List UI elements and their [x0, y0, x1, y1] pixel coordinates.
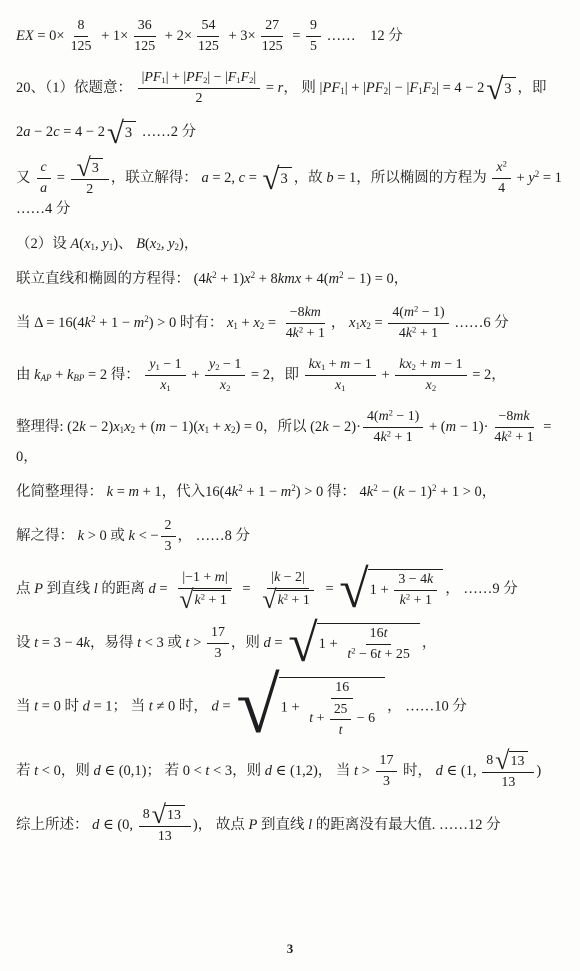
- fraction: √32: [71, 158, 109, 199]
- variable: F: [409, 80, 418, 96]
- subscript: 2: [260, 320, 265, 330]
- numerator: 2: [161, 517, 176, 537]
- denominator: k2 + 1: [396, 591, 436, 610]
- variable: m: [404, 305, 414, 320]
- subscript: 2: [226, 383, 230, 393]
- radicand: 3: [278, 167, 291, 191]
- numerator: −8km: [286, 304, 325, 324]
- scanned-answer-page: EX = 0×8125 + 1×36125 + 2×54125 + 3×2712…: [0, 0, 580, 971]
- radicand: 3: [90, 158, 103, 178]
- variable: k: [322, 419, 328, 435]
- superscript: 2: [412, 324, 416, 334]
- denominator: 3: [161, 537, 176, 556]
- denominator: x2: [216, 376, 235, 395]
- variable: PF: [366, 80, 384, 96]
- radicand: k2 + 1: [193, 590, 231, 610]
- variable: t: [137, 635, 141, 651]
- variable: t: [377, 647, 381, 662]
- variable: c: [41, 160, 47, 175]
- variable: t: [34, 699, 38, 715]
- variable: A: [70, 236, 79, 252]
- fraction: 25t: [330, 700, 351, 738]
- variable: b: [326, 170, 333, 186]
- radical-sign-icon: √: [288, 623, 317, 664]
- variable: kx: [309, 357, 321, 372]
- fraction: |−1 + m|√k2 + 1: [173, 569, 237, 610]
- superscript: 2: [284, 591, 288, 601]
- subscript: 2: [203, 75, 207, 85]
- superscript: 2: [414, 303, 418, 313]
- radical-sign-icon: √: [486, 77, 503, 101]
- denominator: 2: [191, 89, 206, 108]
- denominator: 13: [497, 773, 519, 792]
- variable: B: [136, 236, 145, 252]
- square-root: √1 + 3 − 4kk2 + 1: [339, 569, 443, 610]
- line-expectation-ex: EX = 0×8125 + 1×36125 + 2×54125 + 3×2712…: [16, 17, 568, 56]
- line-substitute-t: 设 t = 3 − 4k，易得 t < 3 或 t > 173，则 d = √1…: [16, 623, 568, 664]
- subscript: 2: [249, 75, 253, 85]
- subscript: 2: [131, 425, 136, 435]
- subscript: 2: [366, 320, 371, 330]
- variable: t: [309, 711, 313, 726]
- square-root: √3: [486, 77, 515, 101]
- numerator: 8: [74, 17, 89, 37]
- superscript: 2: [91, 314, 96, 324]
- variable: m: [446, 419, 456, 435]
- denominator: 4k2 + 1: [490, 428, 537, 447]
- square-root: √3: [107, 121, 136, 145]
- radicand: 1 + 16tt2 − 6t + 25: [317, 623, 420, 664]
- line-case-t: 当 t = 0 时 d = 1； 当 t ≠ 0 时， d = √1 + 16t…: [16, 677, 568, 738]
- superscript: 2: [238, 483, 243, 493]
- subscript: 2: [175, 242, 180, 252]
- variable: d: [264, 635, 271, 651]
- subscript: 1: [321, 362, 325, 372]
- subscript: 1: [109, 242, 114, 252]
- fraction: 4(m2 − 1)4k2 + 1: [363, 408, 423, 447]
- numerator: 9: [306, 17, 321, 37]
- variable: a: [201, 170, 208, 186]
- variable: PF: [144, 70, 161, 85]
- denominator: x2: [422, 376, 441, 395]
- square-root: √1 + 16t + 25t − 6: [236, 677, 385, 738]
- variable: k: [274, 570, 280, 585]
- fraction: |k − 2|√k2 + 1: [256, 569, 320, 610]
- variable: l: [94, 581, 98, 597]
- line-2-points-ab: （2）设 A(x1, y1)、 B(x2, y2)，: [16, 234, 568, 256]
- subscript: 2: [412, 362, 416, 372]
- line-distance-d: 点 P 到直线 l 的距离 d = |−1 + m|√k2 + 1 = |k −…: [16, 569, 568, 610]
- variable: d: [83, 699, 90, 715]
- line-delta-vieta: 当 Δ = 16(4k2 + 1 − m2) > 0 时有： x1 + x2 =…: [16, 304, 568, 343]
- denominator: a: [36, 179, 51, 198]
- variable: kmx: [278, 271, 301, 287]
- numerator: 27: [261, 17, 283, 37]
- variable: m: [379, 409, 389, 424]
- numerator: |PF1| + |PF2| − |F1F2|: [138, 69, 261, 89]
- subscript: 1: [233, 320, 238, 330]
- superscript: 2: [299, 324, 303, 334]
- numerator: −8mk: [495, 408, 534, 428]
- superscript: 2: [373, 483, 378, 493]
- denominator: t2 − 6t + 25: [343, 645, 414, 664]
- variable: km: [305, 305, 321, 320]
- page-number: 3: [0, 941, 580, 957]
- variable: l: [308, 817, 312, 833]
- line-ellipse-equation: 又 ca = √32，联立解得： a = 2, c = √3，故 b = 1，所…: [16, 158, 568, 221]
- square-root: √3: [263, 167, 292, 191]
- numerator: y1 − 1: [145, 356, 185, 376]
- radical-sign-icon: √: [152, 805, 166, 825]
- fraction: 27125: [258, 17, 287, 56]
- variable: a: [23, 125, 30, 141]
- variable: c: [53, 125, 59, 141]
- variable: AP: [41, 373, 52, 383]
- radical-sign-icon: √: [495, 751, 509, 771]
- radicand: 3: [502, 77, 515, 101]
- subscript: 1: [340, 86, 345, 96]
- fraction: 16tt2 − 6t + 25: [343, 625, 414, 664]
- radical-sign-icon: √: [236, 677, 279, 738]
- variable: m: [129, 484, 139, 500]
- fraction: 54125: [194, 17, 223, 56]
- denominator: 2: [82, 180, 97, 199]
- superscript: 2: [432, 483, 437, 493]
- fraction: kx2 + m − 1x2: [395, 356, 466, 395]
- denominator: t + 25t − 6: [305, 699, 379, 738]
- numerator: 3 − 4k: [394, 571, 437, 591]
- variable: t: [384, 626, 388, 641]
- variable: m: [431, 357, 441, 372]
- numerator: 8√13: [139, 805, 191, 827]
- denominator: 4k2 + 1: [370, 428, 417, 447]
- variable: m: [281, 484, 291, 500]
- denominator: 4: [494, 179, 509, 198]
- line-20-1-setup: 20、（1）依题意： |PF1| + |PF2| − |F1F2|2 = r， …: [16, 69, 568, 108]
- superscript: 2: [339, 270, 344, 280]
- radical-sign-icon: √: [77, 158, 91, 178]
- radical-sign-icon: √: [107, 121, 124, 145]
- variable: m: [329, 271, 339, 287]
- denominator: t: [335, 720, 347, 738]
- numerator: x2: [492, 159, 511, 179]
- variable: t: [186, 635, 190, 651]
- denominator: 4k2 + 1: [395, 324, 442, 343]
- subscript: BP: [73, 373, 84, 383]
- subscript: 1: [341, 383, 345, 393]
- fraction: 8√1313: [482, 751, 534, 792]
- line-ranges-d: 若 t < 0，则 d ∈ (0,1)； 若 0 < t < 3，则 d ∈ (…: [16, 751, 568, 792]
- radicand: 13: [509, 751, 529, 771]
- superscript: 2: [387, 428, 391, 438]
- superscript: 2: [503, 158, 507, 168]
- numerator: 54: [197, 17, 219, 37]
- line-simplified-k: 化简整理得： k = m + 1，代入16(4k2 + 1 − m2) > 0 …: [16, 482, 568, 504]
- subscript: 2: [215, 362, 219, 372]
- line-2a-2c: 2a − 2c = 4 − 2√3 ……2 分: [16, 121, 568, 145]
- variable: d: [149, 581, 156, 597]
- variable: F: [241, 70, 250, 85]
- denominator: 5: [306, 37, 321, 56]
- line-solution-k: 解之得： k > 0 或 k < −23， ……8 分: [16, 517, 568, 556]
- variable: m: [215, 570, 225, 585]
- variable: k: [84, 635, 90, 651]
- variable: EX: [16, 28, 34, 44]
- variable: k: [107, 484, 113, 500]
- variable: k: [78, 528, 84, 544]
- denominator: 13: [154, 827, 176, 846]
- subscript: 1: [91, 242, 96, 252]
- variable: d: [265, 763, 272, 779]
- numerator: y2 − 1: [205, 356, 245, 376]
- variable: d: [92, 817, 99, 833]
- denominator: x1: [156, 376, 175, 395]
- subscript: 1: [156, 362, 160, 372]
- fraction: y2 − 1x2: [205, 356, 245, 395]
- radical-sign-icon: √: [263, 167, 280, 191]
- superscript: 2: [351, 645, 355, 655]
- variable: BP: [73, 373, 84, 383]
- variable: F: [423, 80, 432, 96]
- subscript: 2: [384, 86, 389, 96]
- superscript: 2: [406, 591, 410, 601]
- variable: mk: [513, 409, 529, 424]
- denominator: 4k2 + 1: [282, 324, 329, 343]
- fraction: 16t + 25t − 6: [305, 679, 379, 738]
- fraction: −8km4k2 + 1: [282, 304, 329, 343]
- subscript: 1: [205, 425, 210, 435]
- variable: P: [34, 581, 43, 597]
- fraction: 36125: [130, 17, 159, 56]
- fraction: 3 − 4kk2 + 1: [394, 571, 437, 610]
- numerator: 36: [134, 17, 156, 37]
- numerator: c: [37, 159, 51, 179]
- variable: k: [129, 528, 135, 544]
- square-root: √k2 + 1: [179, 590, 231, 610]
- variable: t: [34, 763, 38, 779]
- superscript: 2: [201, 591, 205, 601]
- variable: d: [212, 699, 219, 715]
- radical-sign-icon: √: [262, 590, 276, 610]
- subscript: AP: [41, 373, 52, 383]
- subscript: 2: [432, 383, 436, 393]
- fraction: x24: [492, 159, 511, 198]
- fraction: −8mk4k2 + 1: [490, 408, 537, 447]
- radicand: 13: [165, 805, 185, 825]
- variable: t: [205, 763, 209, 779]
- denominator: 3: [210, 644, 225, 663]
- superscript: 2: [508, 428, 512, 438]
- radical-sign-icon: √: [179, 590, 193, 610]
- variable: t: [149, 699, 153, 715]
- subscript: 2: [156, 242, 161, 252]
- variable: PF: [186, 70, 203, 85]
- radicand: k2 + 1: [276, 590, 314, 610]
- numerator: 16: [331, 679, 353, 699]
- fraction: 8√1313: [139, 805, 191, 846]
- superscript: 2: [291, 483, 296, 493]
- superscript: 2: [251, 270, 256, 280]
- fraction: ca: [36, 159, 51, 198]
- variable: PF: [322, 80, 340, 96]
- variable: m: [340, 357, 350, 372]
- denominator: 125: [258, 37, 287, 56]
- denominator: √k2 + 1: [173, 589, 237, 610]
- line-combined-equation: 联立直线和椭圆的方程得： (4k2 + 1)x2 + 8kmx + 4(m2 −…: [16, 269, 568, 291]
- variable: c: [239, 170, 245, 186]
- subscript: 1: [166, 383, 170, 393]
- fraction: 23: [161, 517, 176, 556]
- numerator: 17: [376, 752, 398, 772]
- variable: r: [278, 80, 284, 96]
- numerator: 8√13: [482, 751, 534, 773]
- fraction: 173: [376, 752, 398, 791]
- square-root: √1 + 16tt2 − 6t + 25: [288, 623, 420, 664]
- fraction: 173: [207, 624, 229, 663]
- denominator: x1: [331, 376, 350, 395]
- radicand: 3: [123, 121, 136, 145]
- variable: k: [398, 484, 404, 500]
- denominator: 125: [130, 37, 159, 56]
- denominator: √k2 + 1: [256, 589, 320, 610]
- variable: d: [436, 763, 443, 779]
- subscript: 2: [432, 86, 437, 96]
- variable: m: [155, 419, 165, 435]
- numerator: 17: [207, 624, 229, 644]
- variable: k: [427, 572, 433, 587]
- numerator: kx2 + m − 1: [395, 356, 466, 376]
- numerator: kx1 + m − 1: [305, 356, 376, 376]
- line-rearranged: 整理得: (2k − 2)x1x2 + (m − 1)(x1 + x2) = 0…: [16, 408, 568, 469]
- denominator: 125: [67, 37, 96, 56]
- denominator: 3: [379, 772, 394, 791]
- superscript: 2: [535, 169, 540, 179]
- numerator: 25: [330, 700, 351, 719]
- square-root: √k2 + 1: [262, 590, 314, 610]
- superscript: 2: [144, 314, 149, 324]
- variable: a: [40, 181, 47, 196]
- fraction: |PF1| + |PF2| − |F1F2|2: [138, 69, 261, 108]
- denominator: 125: [194, 37, 223, 56]
- subscript: 2: [231, 425, 236, 435]
- numerator: 4(m2 − 1): [388, 304, 448, 324]
- document-body: EX = 0×8125 + 1×36125 + 2×54125 + 3×2712…: [16, 17, 568, 846]
- variable: d: [93, 763, 100, 779]
- square-root: √13: [495, 751, 528, 771]
- variable: t: [34, 635, 38, 651]
- line-slope-sum: 由 kAP + kBP = 2 得： y1 − 1x1 + y2 − 1x2 =…: [16, 356, 568, 395]
- fraction: y1 − 1x1: [145, 356, 185, 395]
- subscript: 1: [161, 75, 165, 85]
- square-root: √3: [77, 158, 103, 178]
- fraction: 8125: [67, 17, 96, 56]
- fraction: kx1 + m − 1x1: [305, 356, 376, 395]
- variable: P: [248, 817, 257, 833]
- line-conclusion: 综上所述： d ∈ (0, 8√1313)， 故点 P 到直线 l 的距离没有最…: [16, 805, 568, 846]
- variable: t: [354, 763, 358, 779]
- variable: m: [134, 314, 144, 330]
- superscript: 2: [212, 270, 217, 280]
- radical-sign-icon: √: [339, 569, 368, 610]
- variable: k: [79, 419, 85, 435]
- numerator: 4(m2 − 1): [363, 408, 423, 428]
- square-root: √13: [152, 805, 185, 825]
- numerator: √3: [71, 158, 109, 180]
- variable: kx: [399, 357, 411, 372]
- fraction: 95: [306, 17, 321, 56]
- fraction: 4(m2 − 1)4k2 + 1: [388, 304, 448, 343]
- radicand: 1 + 16t + 25t − 6: [279, 677, 385, 738]
- radicand: 1 + 3 − 4kk2 + 1: [368, 569, 444, 610]
- numerator: 16t: [366, 625, 392, 645]
- variable: t: [339, 722, 343, 737]
- superscript: 2: [389, 407, 393, 417]
